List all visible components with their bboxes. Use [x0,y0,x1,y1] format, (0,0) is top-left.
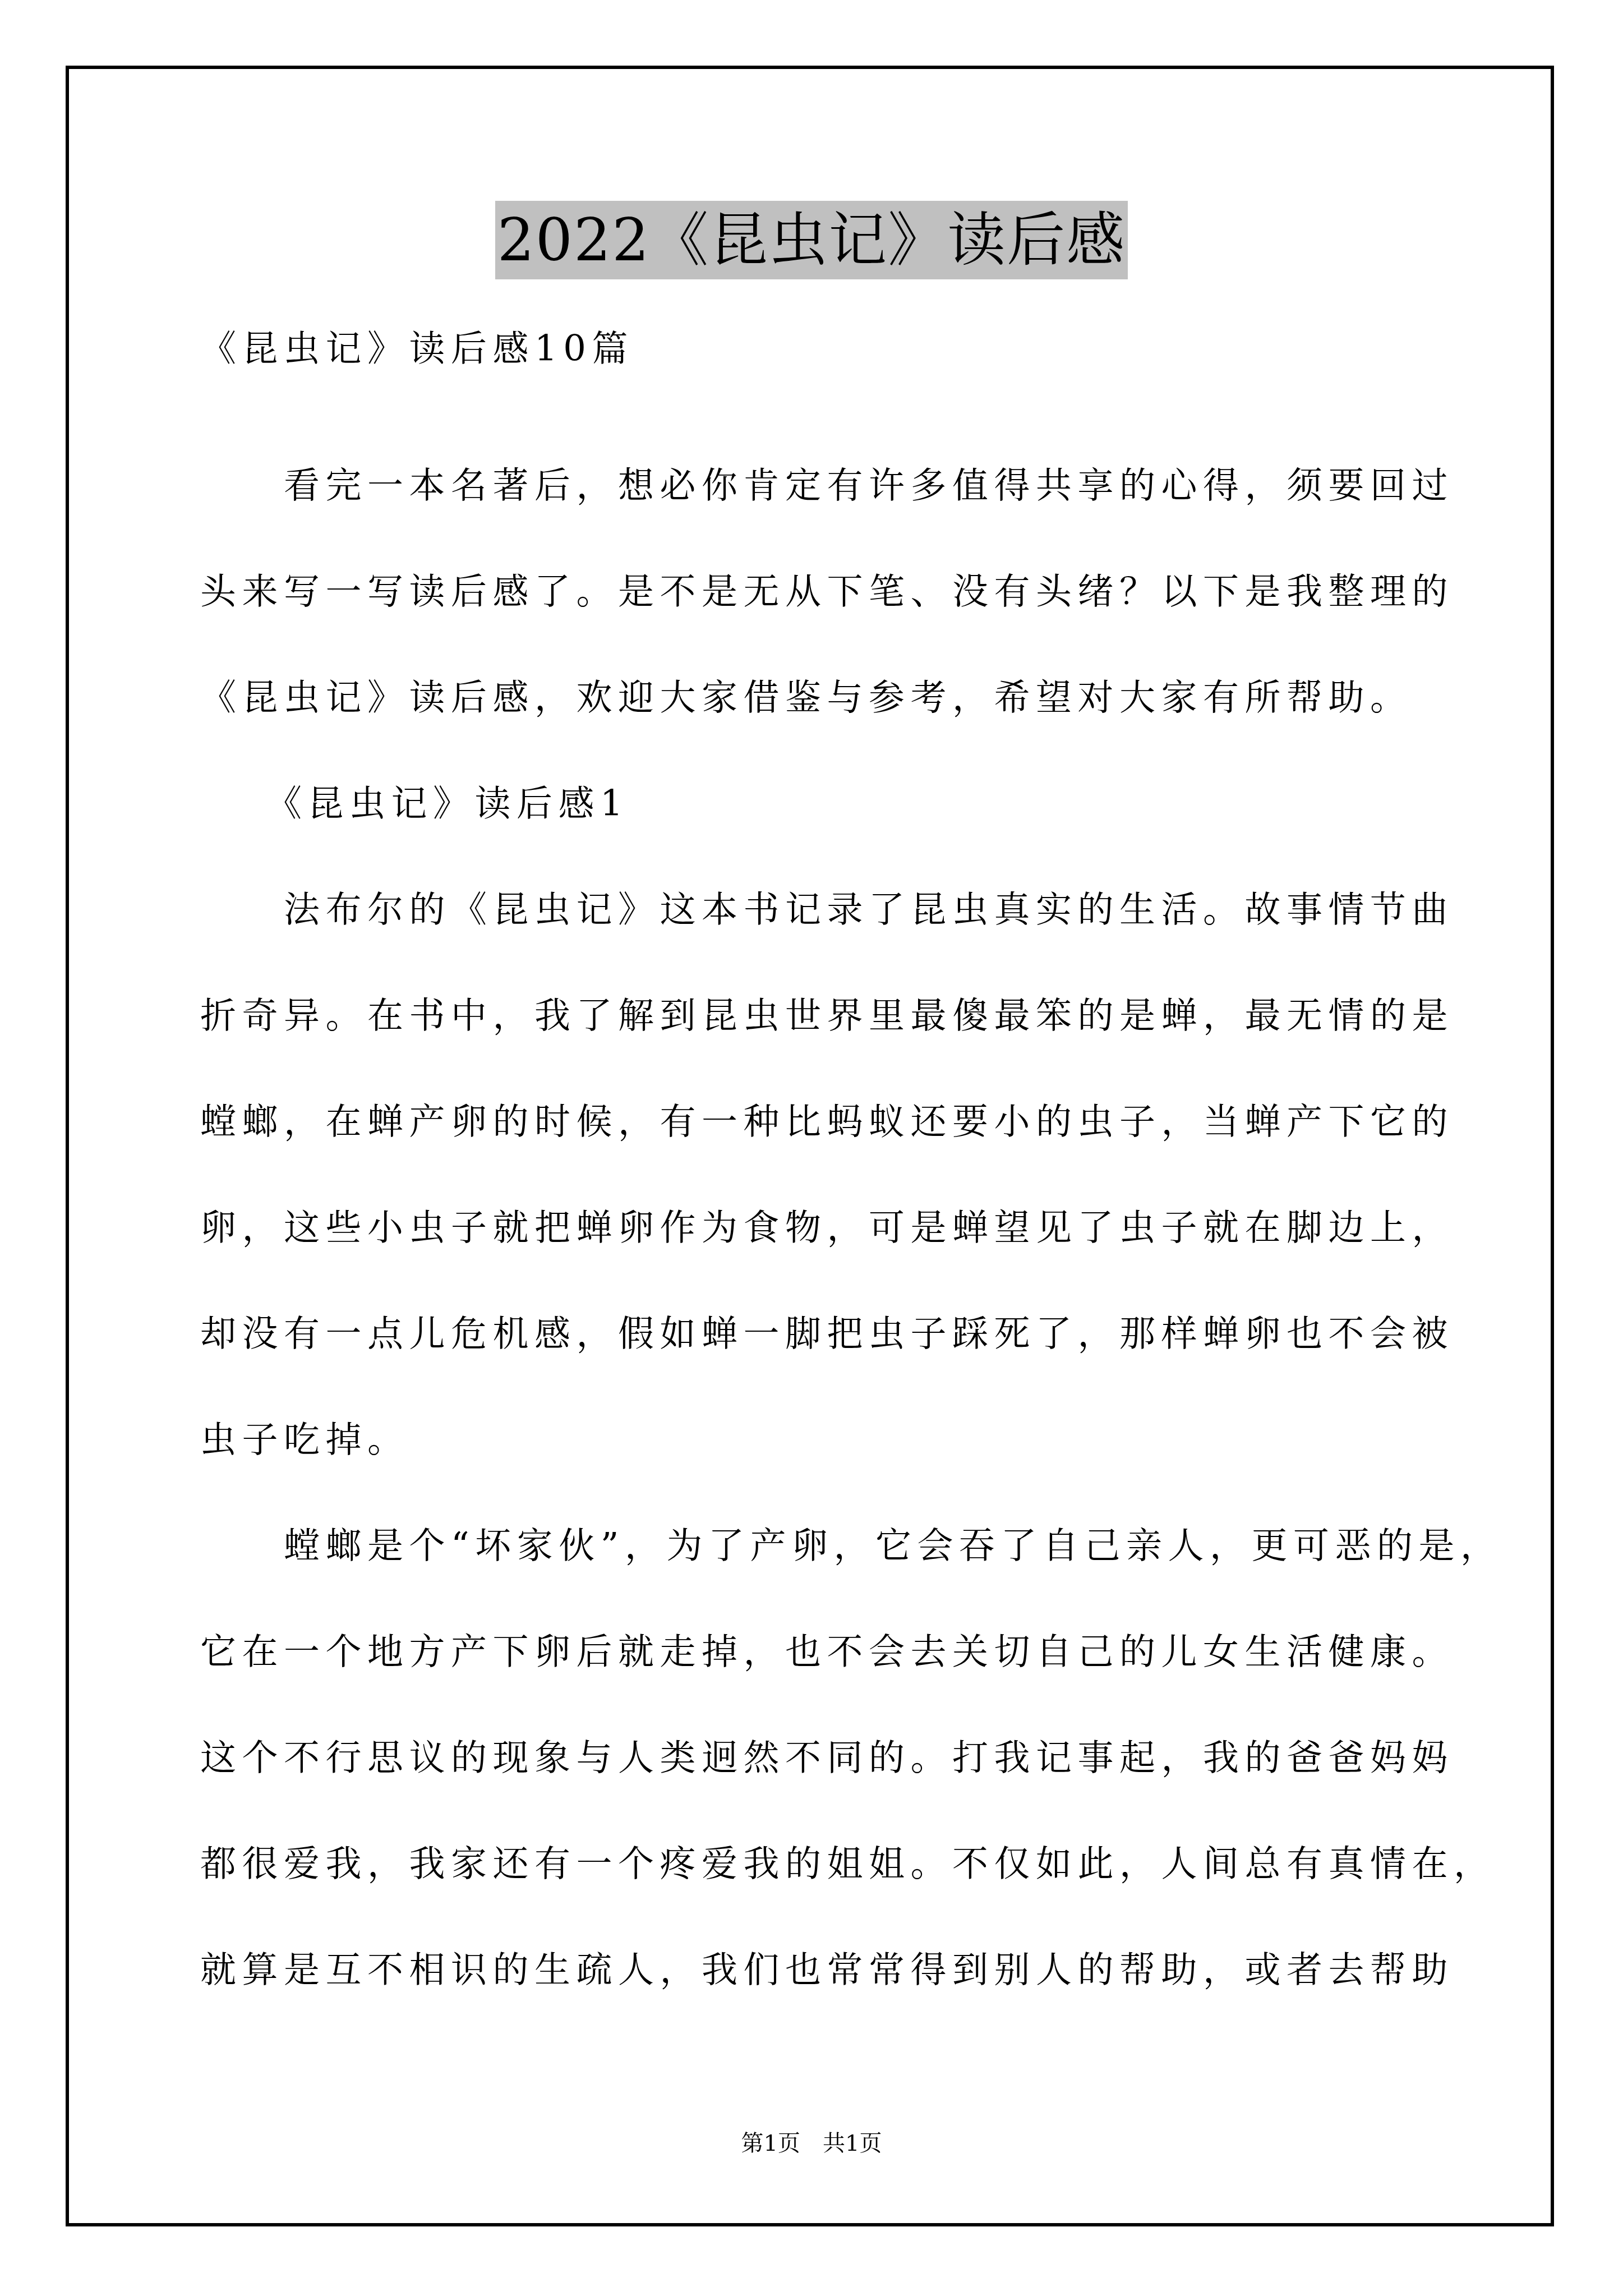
paragraph-line: 《昆虫记》读后感，欢迎大家借鉴与参考，希望对大家有所帮助。 [200,675,1434,720]
document-title: 2022《昆虫记》读后感 [495,201,1128,279]
page-footer: 第1页 共1页 [0,2129,1623,2157]
paragraph-line: 法布尔的《昆虫记》这本书记录了昆虫真实的生活。故事情节曲 [200,887,1434,932]
page-border [66,66,1554,2226]
paragraph-line: 虫子吃掉。 [200,1418,1434,1462]
paragraph-line: 螳螂是个“坏家伙”，为了产卵，它会吞了自己亲人，更可恶的是， [200,1524,1434,1568]
paragraph-line: 头来写一写读后感了。是不是无从下笔、没有头绪？以下是我整理的 [200,569,1434,614]
paragraph-line: 却没有一点儿危机感，假如蝉一脚把虫子踩死了，那样蝉卵也不会被 [200,1312,1434,1356]
paragraph-line: 螳螂，在蝉产卵的时候，有一种比蚂蚁还要小的虫子，当蝉产下它的 [200,1099,1434,1144]
section-heading: 《昆虫记》读后感1 [200,781,1434,826]
paragraph-line: 折奇异。在书中，我了解到昆虫世界里最傻最笨的是蝉，最无情的是 [200,993,1434,1038]
paragraph-line: 就算是互不相识的生疏人，我们也常常得到别人的帮助，或者去帮助 [200,1948,1434,1993]
subtitle: 《昆虫记》读后感10篇 [200,326,1434,371]
title-container: 2022《昆虫记》读后感 [0,201,1623,279]
paragraph-line: 都很爱我，我家还有一个疼爱我的姐姐。不仅如此，人间总有真情在， [200,1842,1434,1887]
paragraph-line: 看完一本名著后，想必你肯定有许多值得共享的心得，须要回过 [200,463,1434,508]
paragraph-line: 卵，这些小虫子就把蝉卵作为食物，可是蝉望见了虫子就在脚边上， [200,1205,1434,1250]
paragraph-line: 它在一个地方产下卵后就走掉，也不会去关切自己的儿女生活健康。 [200,1630,1434,1674]
paragraph-line: 这个不行思议的现象与人类迥然不同的。打我记事起，我的爸爸妈妈 [200,1736,1434,1780]
